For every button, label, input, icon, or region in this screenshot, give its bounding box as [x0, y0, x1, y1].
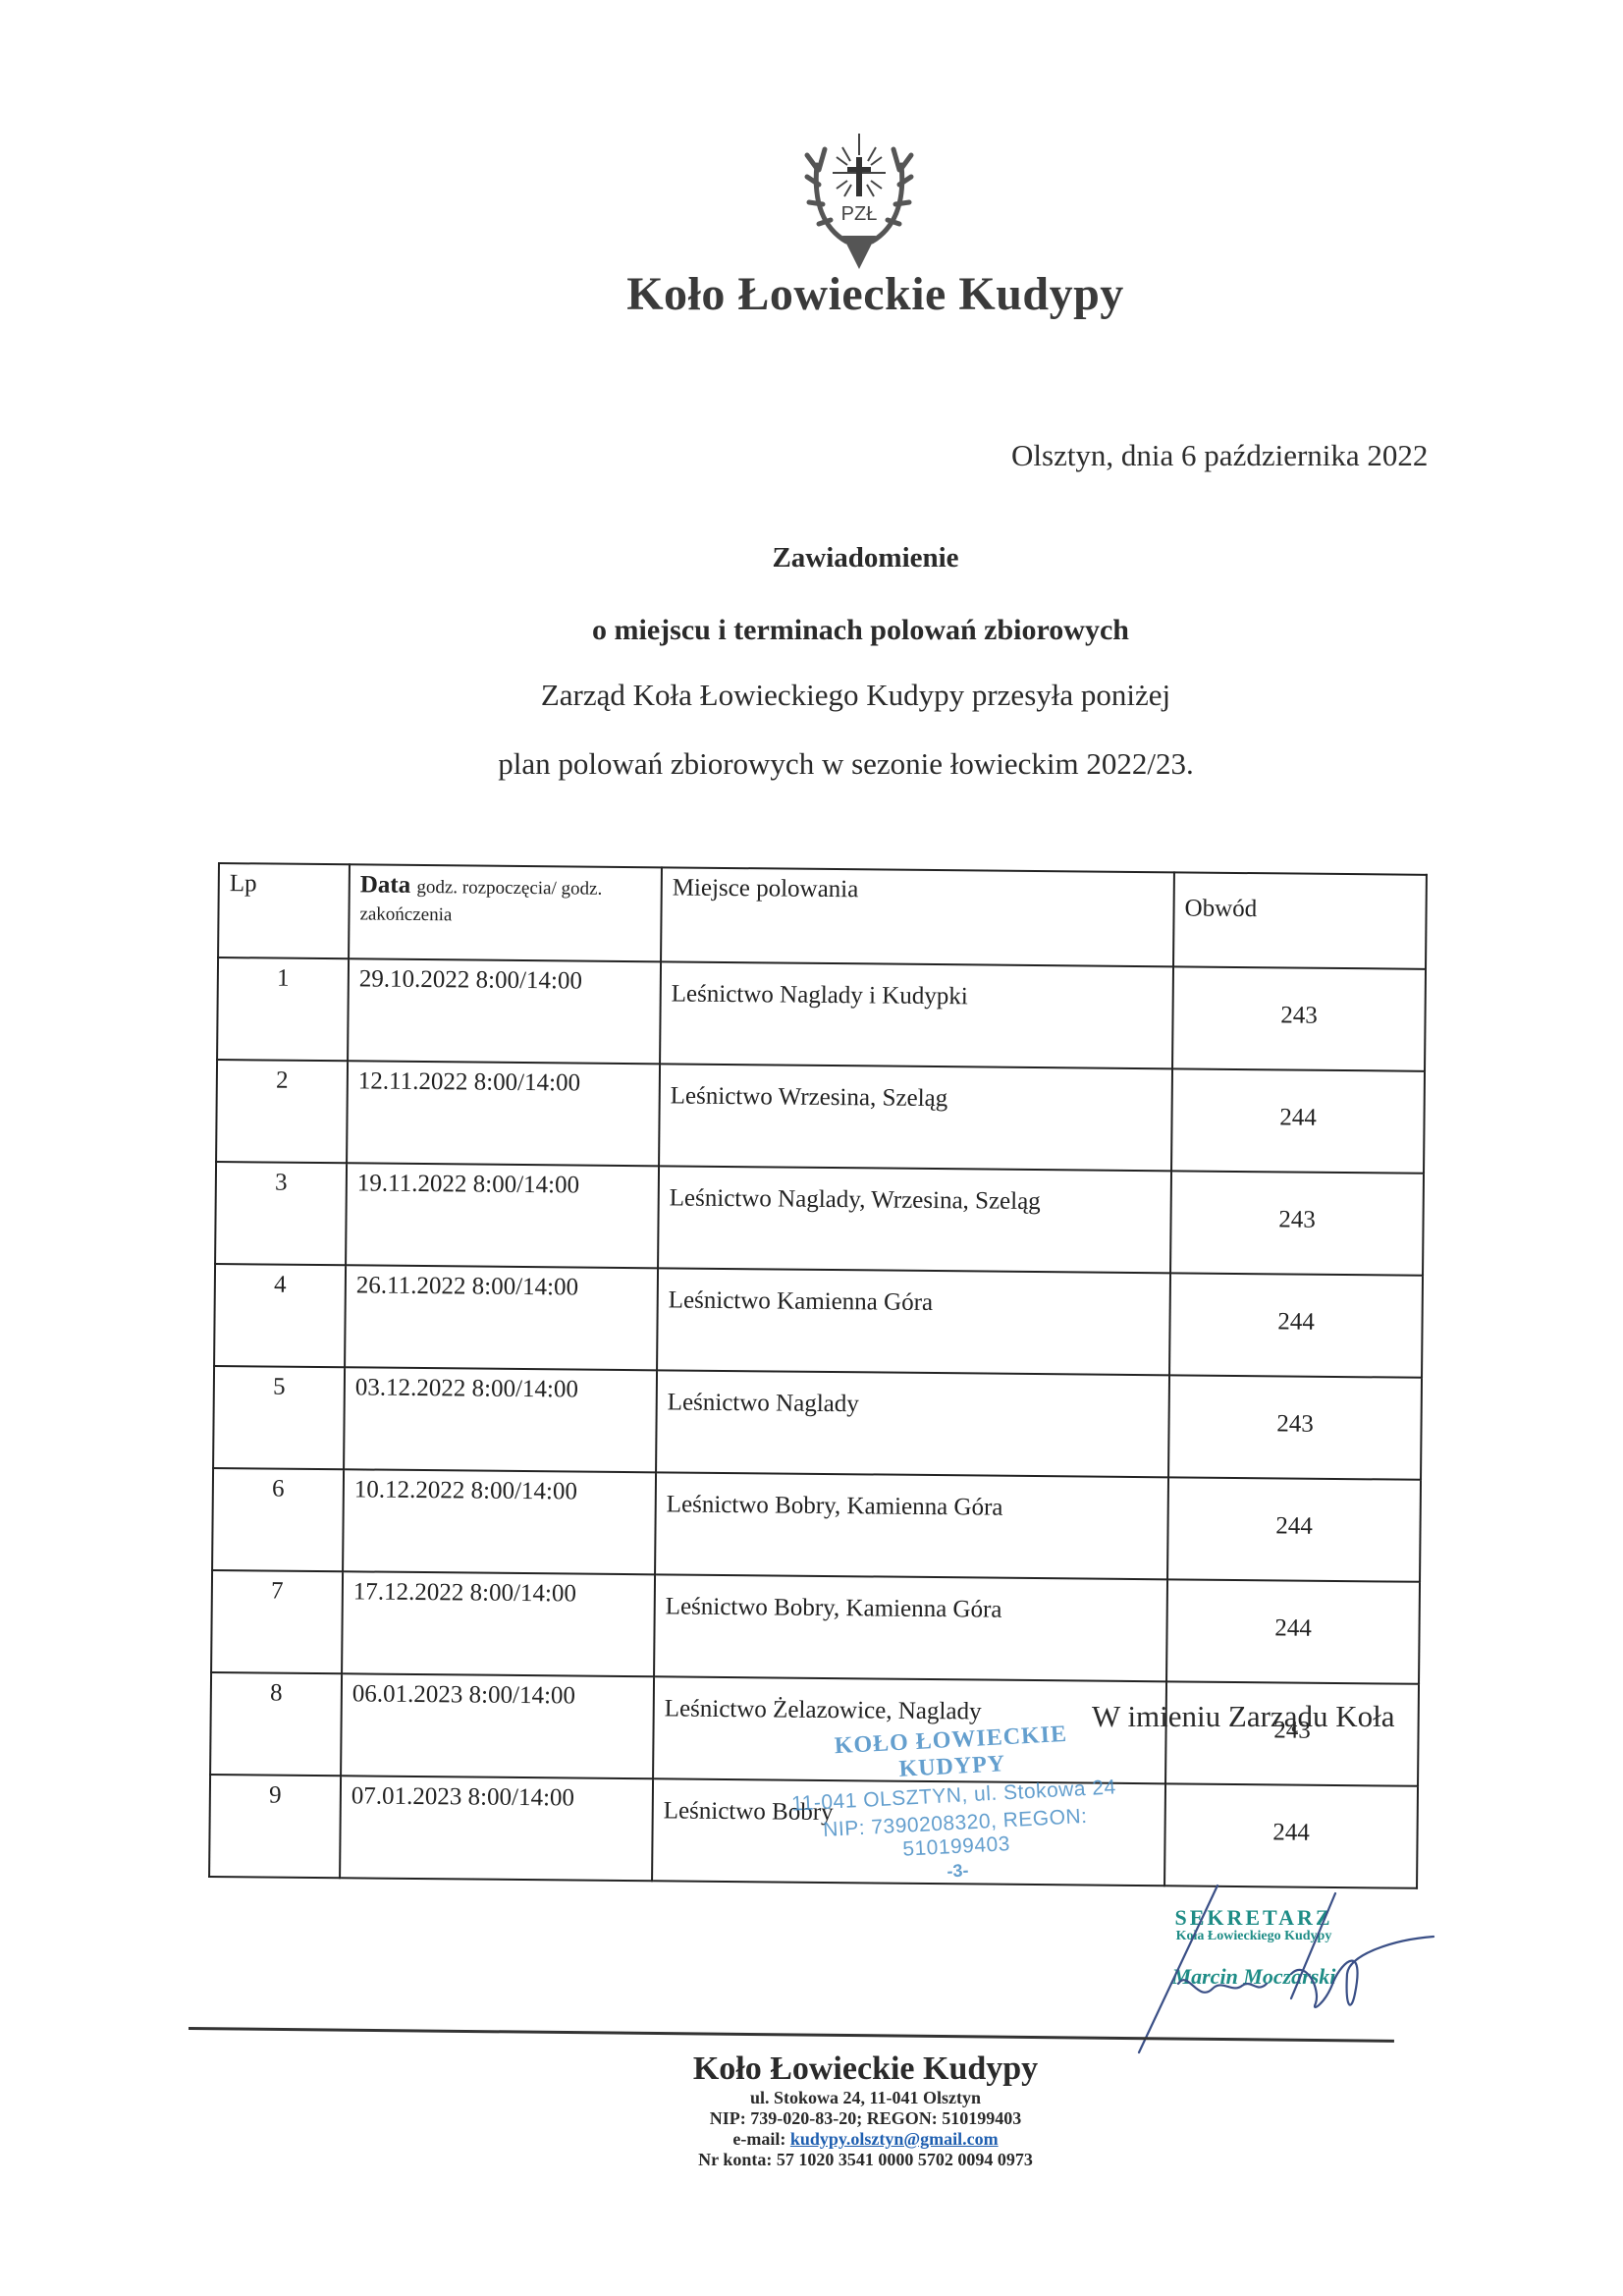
cell-date: 19.11.2022 8:00/14:00 [346, 1163, 659, 1268]
table-row: 319.11.2022 8:00/14:00Leśnictwo Naglady,… [215, 1162, 1424, 1276]
footer-email-link[interactable]: kudypy.olsztyn@gmail.com [790, 2129, 999, 2149]
cell-date: 06.01.2023 8:00/14:00 [341, 1673, 654, 1778]
cell-date-day: 12.11.2022 [358, 1067, 468, 1095]
svg-text:PZŁ: PZŁ [841, 203, 878, 225]
cell-date-day: 03.12.2022 [355, 1374, 466, 1401]
cell-district: 243 [1170, 1171, 1424, 1275]
header-district: Obwód [1173, 872, 1427, 968]
cell-lp: 4 [214, 1264, 346, 1367]
cell-district: 244 [1171, 1068, 1425, 1173]
cell-date-time: 8:00/14:00 [472, 1274, 579, 1301]
cell-date-day: 07.01.2023 [352, 1782, 462, 1810]
cell-lp: 1 [217, 957, 349, 1061]
cell-place: Leśnictwo Bobry, Kamienna Góra [655, 1472, 1168, 1579]
notice-title: Zawiadomienie [0, 542, 1623, 574]
footer: Koło Łowieckie Kudypy ul. Stokowa 24, 11… [0, 2050, 1623, 2170]
notice-body-line-2: plan polowań zbiorowych w sezonie łowiec… [0, 746, 1623, 782]
header-place: Miejsce polowania [661, 867, 1174, 966]
cell-lp: 3 [215, 1162, 347, 1265]
cell-date: 07.01.2023 8:00/14:00 [340, 1776, 653, 1881]
table-row: 503.12.2022 8:00/14:00Leśnictwo Naglady2… [213, 1366, 1422, 1480]
table-header-row: Lp Data godz. rozpoczęcia/ godz. zakończ… [218, 863, 1427, 969]
cell-date-time: 8:00/14:00 [467, 1783, 574, 1811]
cell-district: 244 [1167, 1477, 1421, 1581]
table-row: 426.11.2022 8:00/14:00Leśnictwo Kamienna… [214, 1264, 1423, 1378]
cell-date: 17.12.2022 8:00/14:00 [342, 1571, 655, 1676]
cell-lp: 2 [216, 1060, 348, 1163]
organization-title: Koło Łowieckie Kudypy [0, 267, 1623, 321]
cell-date: 12.11.2022 8:00/14:00 [347, 1061, 660, 1166]
cell-district: 244 [1166, 1579, 1420, 1683]
signature-label: W imieniu Zarządu Koła [1092, 1699, 1394, 1734]
cell-place: Leśnictwo Kamienna Góra [657, 1268, 1170, 1375]
cell-date-time: 8:00/14:00 [469, 1579, 576, 1607]
pzl-emblem-icon: PZŁ [785, 126, 933, 273]
cell-date-day: 10.12.2022 [354, 1476, 465, 1503]
cell-date: 03.12.2022 8:00/14:00 [344, 1367, 657, 1472]
notice-body-line-1: Zarząd Koła Łowieckiego Kudypy przesyła … [0, 678, 1623, 713]
footer-email-label: e-mail: [732, 2129, 785, 2149]
cell-lp: 8 [210, 1672, 342, 1776]
table-row: 610.12.2022 8:00/14:00Leśnictwo Bobry, K… [212, 1468, 1421, 1582]
footer-email-line: e-mail: kudypy.olsztyn@gmail.com [108, 2129, 1623, 2150]
cell-place: Leśnictwo Wrzesina, Szeląg [659, 1064, 1172, 1171]
organization-stamp: KOŁO ŁOWIECKIE KUDYPY 11-041 OLSZTYN, ul… [784, 1719, 1125, 1890]
place-and-date: Olsztyn, dnia 6 października 2022 [1011, 438, 1428, 473]
cell-lp: 6 [212, 1468, 344, 1571]
cell-place: Leśnictwo Naglady [656, 1370, 1169, 1477]
cell-date-time: 8:00/14:00 [474, 1069, 581, 1097]
cell-place: Leśnictwo Naglady i Kudypki [660, 961, 1173, 1068]
cell-district: 244 [1169, 1273, 1423, 1377]
footer-organization: Koło Łowieckie Kudypy [108, 2050, 1623, 2088]
handwritten-signature-icon [1119, 1866, 1443, 2062]
notice-subtitle: o miejscu i terminach polowań zbiorowych [0, 614, 1623, 647]
cell-district: 243 [1172, 966, 1426, 1070]
header-date-label: Data [360, 871, 411, 898]
cell-date-time: 8:00/14:00 [473, 1172, 580, 1199]
table-row: 212.11.2022 8:00/14:00Leśnictwo Wrzesina… [216, 1060, 1425, 1174]
footer-address: ul. Stokowa 24, 11-041 Olsztyn [108, 2088, 1623, 2108]
header-lp: Lp [218, 863, 350, 958]
cell-date-day: 29.10.2022 [359, 965, 470, 993]
cell-date-time: 8:00/14:00 [470, 1478, 577, 1505]
table-row: 129.10.2022 8:00/14:00Leśnictwo Naglady … [217, 957, 1426, 1071]
cell-date: 10.12.2022 8:00/14:00 [343, 1469, 656, 1574]
cell-lp: 5 [213, 1366, 345, 1469]
cell-date-time: 8:00/14:00 [471, 1376, 578, 1403]
cell-date-day: 17.12.2022 [353, 1578, 464, 1606]
cell-lp: 7 [211, 1570, 343, 1673]
table-row: 717.12.2022 8:00/14:00Leśnictwo Bobry, K… [211, 1570, 1420, 1684]
cell-date: 29.10.2022 8:00/14:00 [348, 958, 661, 1064]
cell-district: 243 [1168, 1375, 1422, 1479]
cell-place: Leśnictwo Naglady, Wrzesina, Szeląg [658, 1166, 1171, 1273]
header-date: Data godz. rozpoczęcia/ godz. zakończeni… [349, 864, 662, 961]
cell-lp: 9 [209, 1775, 341, 1878]
cell-date-day: 06.01.2023 [352, 1680, 463, 1708]
cell-date-time: 8:00/14:00 [468, 1681, 575, 1709]
cell-date-time: 8:00/14:00 [475, 967, 582, 995]
cell-place: Leśnictwo Bobry, Kamienna Góra [654, 1574, 1167, 1681]
cell-date-day: 26.11.2022 [356, 1272, 466, 1299]
footer-ids: NIP: 739-020-83-20; REGON: 510199403 [108, 2108, 1623, 2129]
cell-date-day: 19.11.2022 [357, 1170, 467, 1197]
footer-account: Nr konta: 57 1020 3541 0000 5702 0094 09… [108, 2150, 1623, 2170]
cell-date: 26.11.2022 8:00/14:00 [345, 1265, 658, 1370]
